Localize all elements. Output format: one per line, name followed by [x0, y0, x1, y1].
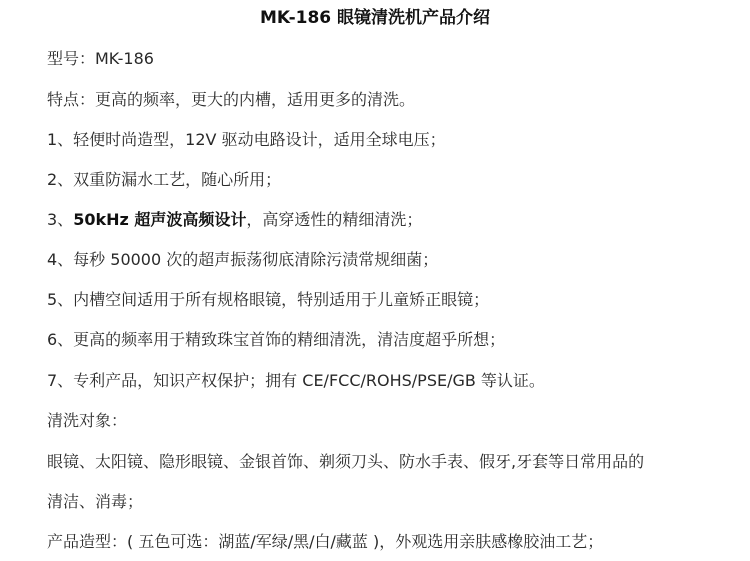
feature-point-2: 2、双重防漏水工艺，随心所用；	[47, 169, 281, 191]
feature-point-6: 6、更高的频率用于精致珠宝首饰的精细清洗，清洁度超乎所想；	[47, 329, 505, 351]
feature-point-1: 1、轻便时尚造型，12V 驱动电路设计，适用全球电压；	[47, 129, 446, 151]
feature-point-3-highlight: 50kHz 超声波高频设计	[73, 210, 246, 229]
feature-point-3-rest: ，高穿透性的精细清洗；	[246, 210, 422, 229]
feature-point-4: 4、每秒 50000 次的超声振荡彻底清除污渍常规细菌；	[47, 249, 438, 271]
feature-point-5: 5、内槽空间适用于所有规格眼镜，特别适用于儿童矫正眼镜；	[47, 289, 489, 311]
cleaning-objects-line-2: 清洁、消毒；	[47, 491, 143, 513]
feature-point-7: 7、专利产品，知识产权保护；拥有 CE/FCC/ROHS/PSE/GB 等认证。	[47, 370, 545, 392]
features-line: 特点：更高的频率，更大的内槽，适用更多的清洗。	[47, 89, 415, 111]
cleaning-objects-line-1: 眼镜、太阳镜、隐形眼镜、金银首饰、剃须刀头、防水手表、假牙,牙套等日常用品的	[47, 451, 644, 473]
model-line: 型号：MK-186	[47, 48, 154, 70]
product-style-line: 产品造型：( 五色可选：湖蓝/军绿/黑/白/藏蓝 )，外观选用亲肤感橡胶油工艺；	[47, 531, 603, 553]
feature-point-3: 3、50kHz 超声波高频设计，高穿透性的精细清洗；	[47, 209, 422, 231]
document-title: MK-186 眼镜清洗机产品介绍	[0, 6, 750, 30]
product-document: MK-186 眼镜清洗机产品介绍 型号：MK-186 特点：更高的频率，更大的内…	[0, 0, 750, 561]
feature-point-3-prefix: 3、	[47, 210, 73, 229]
cleaning-objects-label: 清洗对象：	[47, 410, 127, 432]
